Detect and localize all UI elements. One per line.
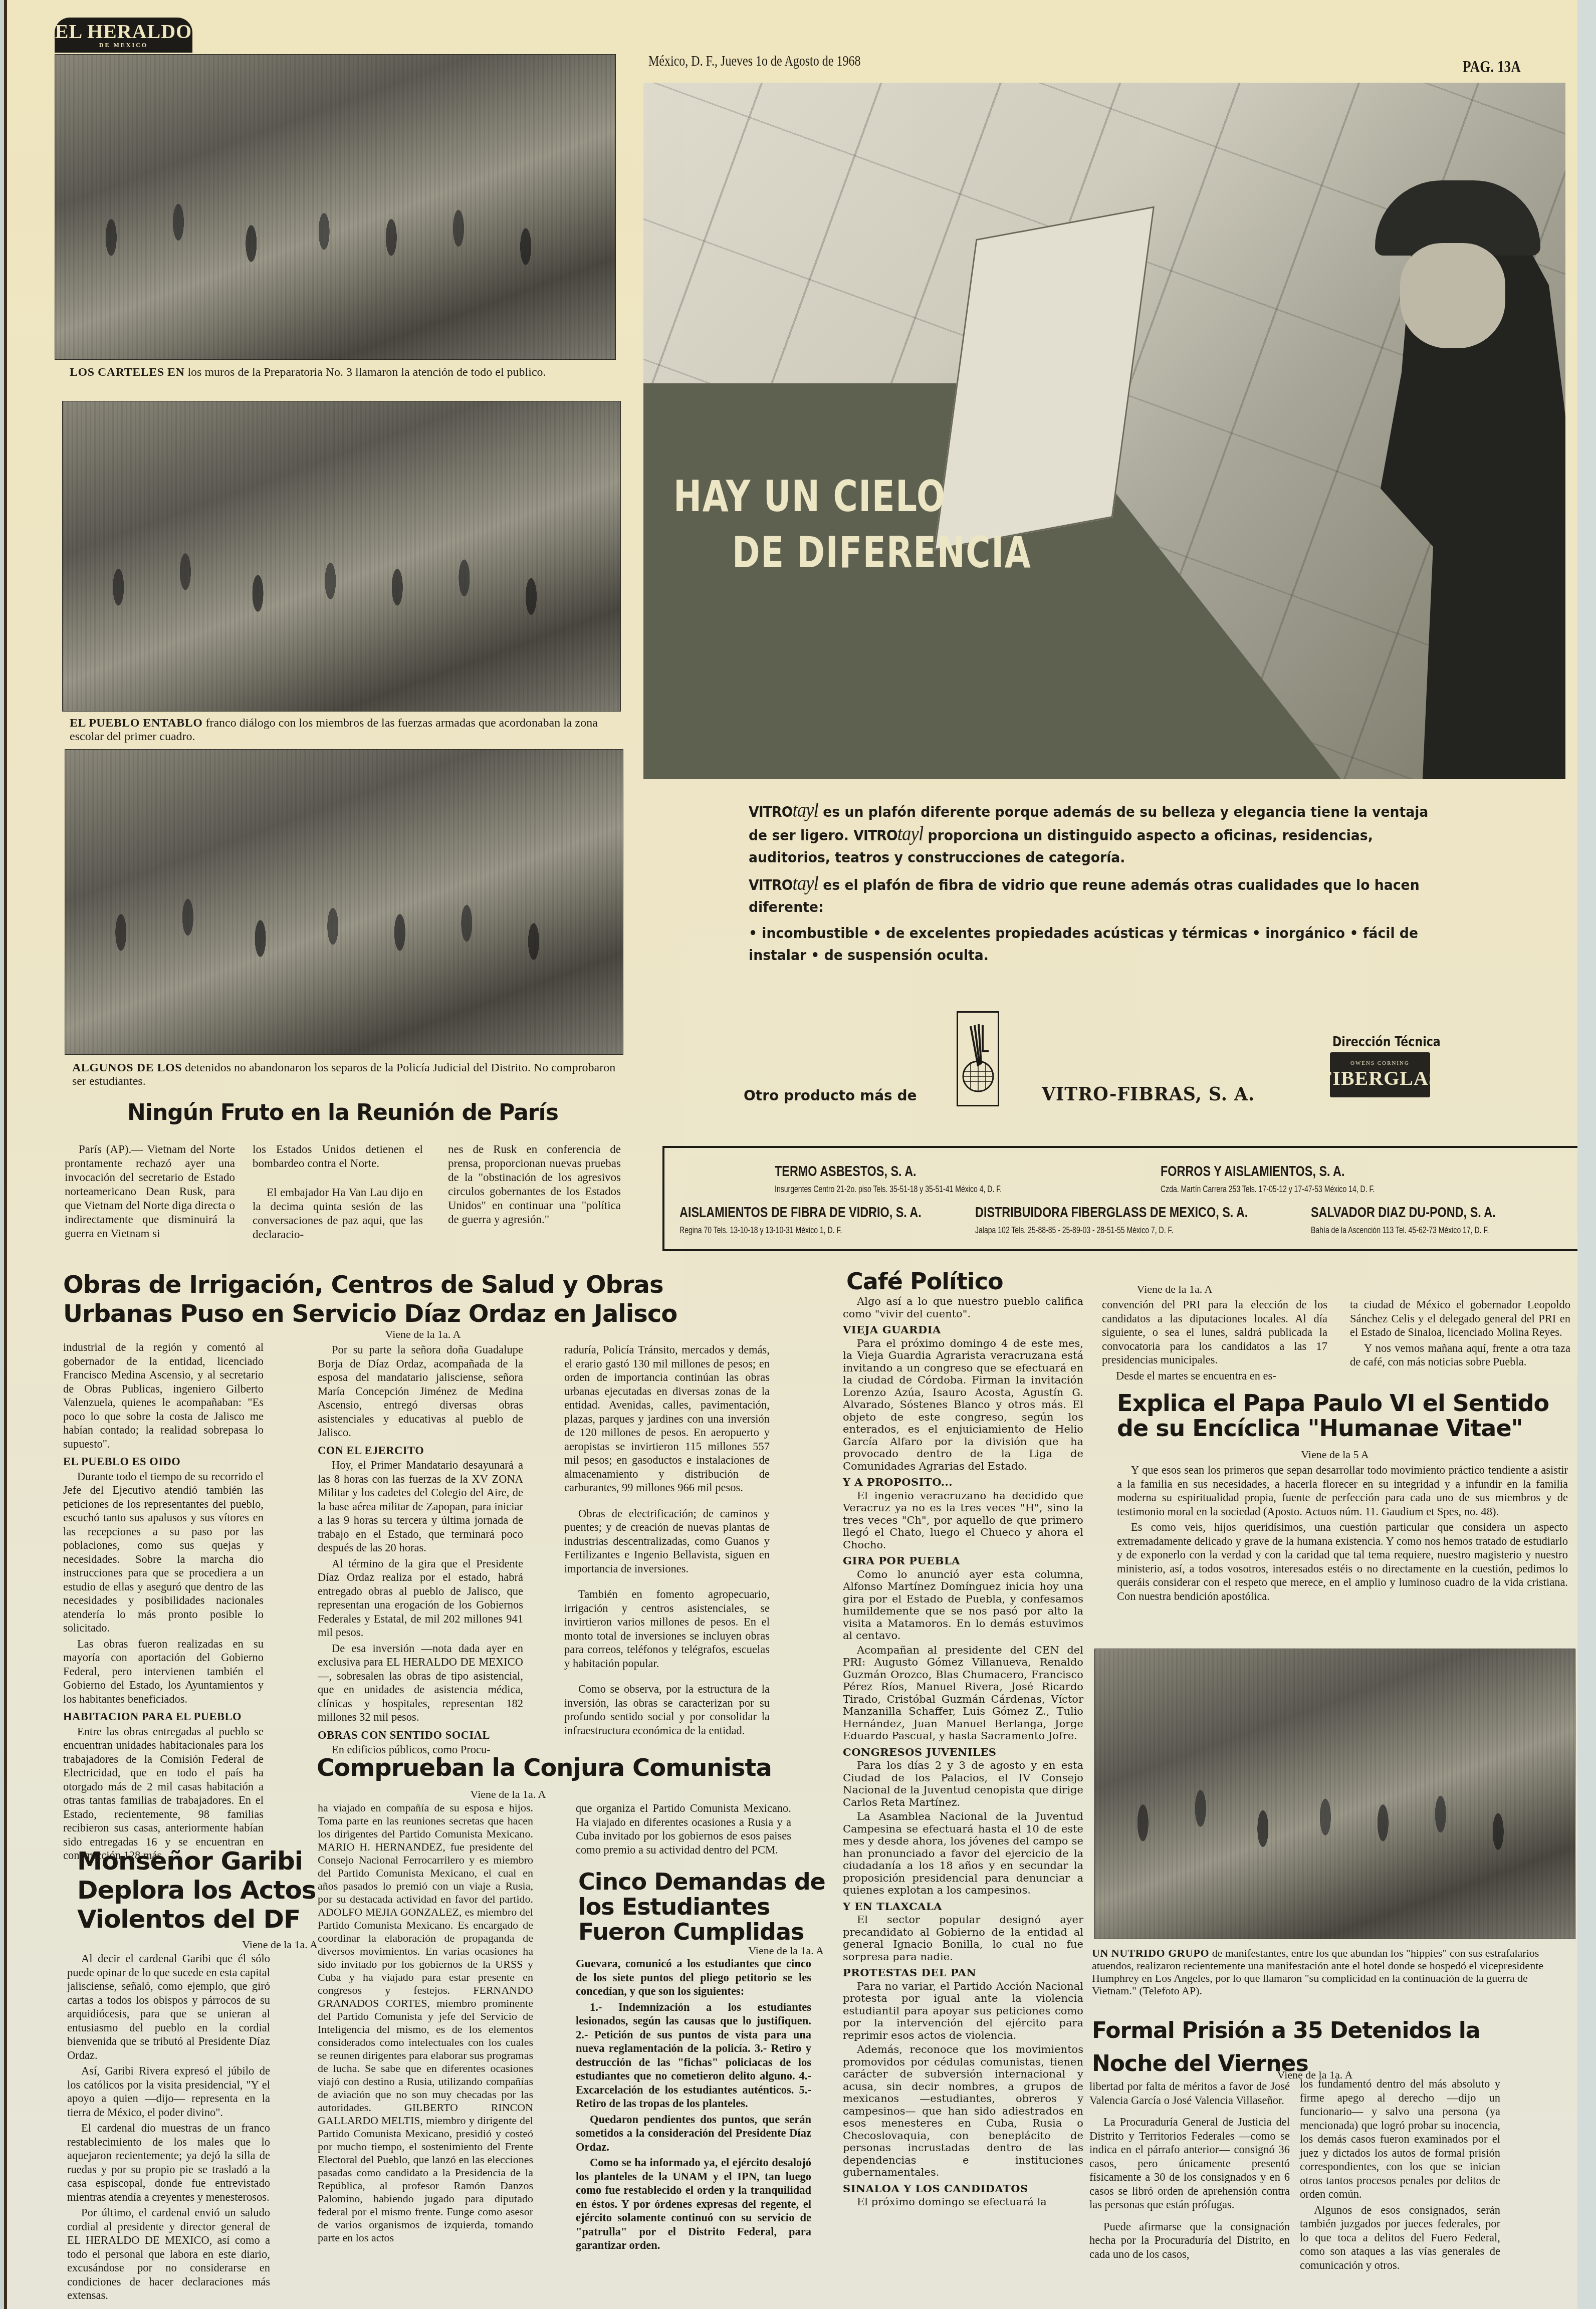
photo-carteles	[55, 54, 616, 360]
brand-vitrotayl: VITROtayl	[749, 803, 818, 820]
photo-caption-2: EL PUEBLO ENTABLO franco diálogo con los…	[70, 717, 616, 744]
viene-de-label: Viene de la 1a. A	[658, 1944, 824, 1957]
viene-de-label: Viene de la 1a. A	[167, 1938, 318, 1951]
article-cafe-col1: Algo así a lo que nuestro pueblo calific…	[843, 1295, 1083, 2210]
article-papa-body: Y que esos sean los primeros que sepan d…	[1117, 1463, 1568, 1605]
distributor-item: AISLAMIENTOS DE FIBRA DE VIDRIO, S. A. R…	[679, 1204, 990, 1236]
headline-conjura: Comprueban la Conjura Comunista	[317, 1754, 772, 1782]
article-cinco-body: Guevara, comunicó a los estudiantes que …	[576, 1957, 811, 2254]
article-cafe-col3: ta ciudad de México el gobernador Leopol…	[1350, 1298, 1570, 1371]
distributors-box: TERMO ASBESTOS, S. A. Insurgentes Centro…	[662, 1146, 1590, 1251]
ad-copy: VITROtayl es un plafón diferente porque …	[749, 799, 1449, 970]
headline-papa-paulo: Explica el Papa Paulo VI el Sentido de s…	[1117, 1391, 1549, 1441]
newspaper-page: EL HERALDO DE MEXICO México, D. F., Juev…	[4, 0, 1577, 2309]
photo-detenidos	[65, 749, 623, 1055]
article-jalisco-col1: industrial de la región y comentó al gob…	[63, 1340, 264, 1865]
photo-caption-1: LOS CARTELES EN los muros de la Preparat…	[70, 366, 611, 379]
article-jalisco-col2: Por su parte la señora doña Guadalupe Bo…	[318, 1343, 523, 1759]
distributor-item: SALVADOR DIAZ DU-POND, S. A. Bahía de la…	[1311, 1204, 1548, 1236]
article-paris-col1: París (AP).— Vietnam del Norte prontamen…	[65, 1142, 235, 1243]
ad-footer-text: Otro producto más de	[744, 1087, 917, 1104]
ad-photo-worker-ceiling: HAY UN CIELO DE DIFERENCIA	[643, 83, 1565, 779]
dateline: México, D. F., Jueves 1o de Agosto de 19…	[648, 53, 860, 70]
viene-de-label: Viene de la 1a. A	[308, 1328, 538, 1341]
headline-jalisco: Obras de Irrigación, Centros de Salud y …	[63, 1270, 845, 1328]
article-garibi-body: Al decir el cardenal Garibi que él sólo …	[67, 1952, 270, 2304]
viene-de-label: Viene de la 1a. A	[358, 1788, 658, 1801]
newspaper-masthead: EL HERALDO DE MEXICO	[55, 18, 192, 53]
headline-garibi: Monseñor Garibi Deplora los Actos Violen…	[77, 1846, 316, 1934]
photo-caption-hippies: UN NUTRIDO GRUPO de manifestantes, entre…	[1092, 1947, 1573, 1997]
fiberglas-logo: OWENS CORNING FIBERGLAS	[1330, 1052, 1430, 1097]
article-conjura-col2: que organiza el Partido Comunista Mexica…	[576, 1801, 791, 1859]
article-jalisco-col3: raduría, Policía Tránsito, mercados y de…	[564, 1343, 770, 1739]
company-name: VITRO-FIBRAS, S. A.	[1042, 1082, 1255, 1105]
article-prision-col2: los fundamentó dentro del más absoluto y…	[1300, 2077, 1500, 2274]
vitro-fibras-globe-logo-icon	[957, 1011, 999, 1106]
distributor-item: DISTRIBUIDORA FIBERGLASS DE MEXICO, S. A…	[975, 1204, 1325, 1236]
page-number: PAG. 13A	[1463, 58, 1521, 77]
article-cafe-col2: convención del PRI para la elección de l…	[1102, 1298, 1327, 1384]
headline-paris: Ningún Fruto en la Reunión de París	[127, 1100, 558, 1125]
article-paris-col2: los Estados Unidos detienen el bombardeo…	[253, 1142, 423, 1244]
photo-pueblo-fuerzas	[62, 401, 621, 712]
viene-de-label: Viene de la 5 A	[1260, 1448, 1410, 1461]
direction-label: Dirección Técnica	[1332, 1035, 1441, 1050]
article-prision-col1: libertad por falta de méritos a favor de…	[1089, 2080, 1290, 2263]
distributor-item: FORROS Y AISLAMIENTOS, S. A. Czda. Martí…	[1161, 1163, 1435, 1195]
distributor-item: TERMO ASBESTOS, S. A. Insurgentes Centro…	[775, 1163, 1066, 1195]
masthead-sub: DE MEXICO	[99, 42, 148, 49]
photo-caption-3: ALGUNOS DE LOS detenidos no abandonaron …	[72, 1061, 618, 1088]
article-paris-col3: nes de Rusk en conferencia de prensa, pr…	[448, 1142, 621, 1229]
masthead-name: EL HERALDO	[55, 22, 192, 42]
viene-de-label: Viene de la 1a. A	[1099, 1283, 1250, 1296]
headline-cinco-demandas: Cinco Demandas de los Estudiantes Fueron…	[578, 1869, 825, 1944]
photo-manifestantes-hippies	[1094, 1649, 1575, 1939]
headline-cafe-politico: Café Político	[846, 1268, 1003, 1295]
article-conjura-col1: ha viajado en compañía de su esposa e hi…	[318, 1801, 533, 2246]
ad-features-list: • incombustible • de excelentes propieda…	[749, 922, 1449, 966]
ad-headline: HAY UN CIELO DE DIFERENCIA	[673, 469, 1031, 581]
